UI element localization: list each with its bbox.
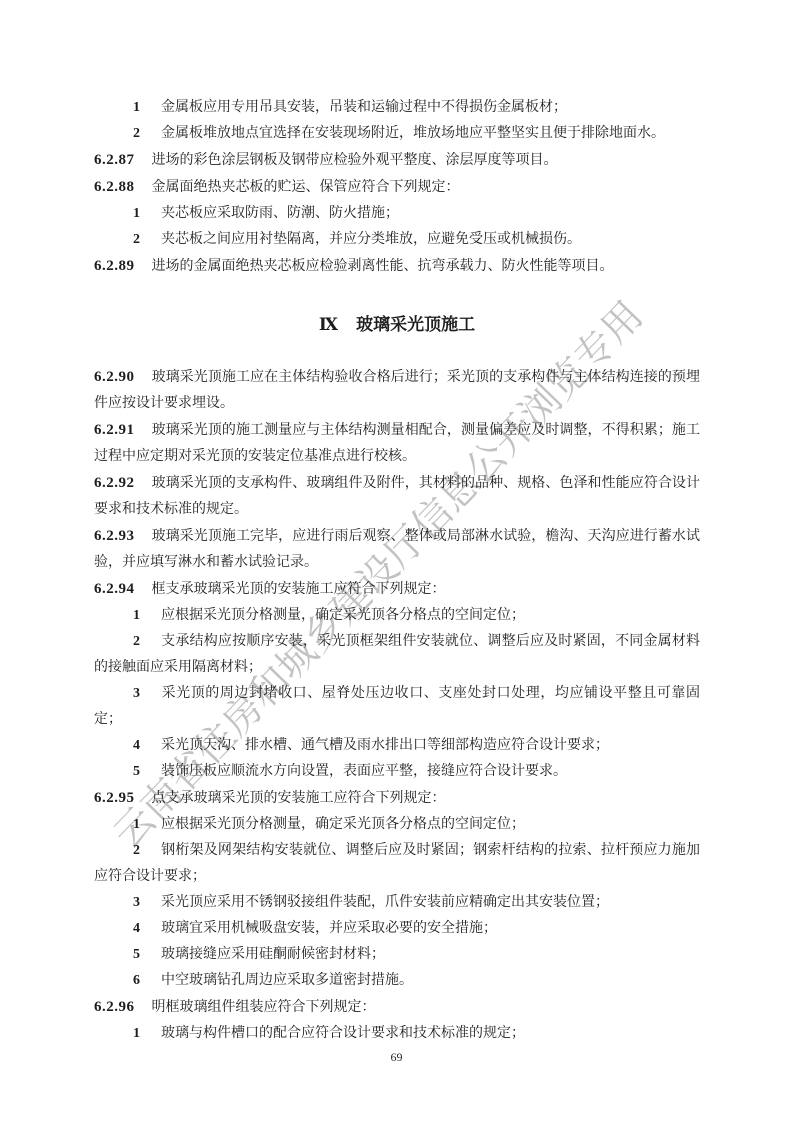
clause-paragraph: 6.2.94框支承玻璃采光顶的安装施工应符合下列规定： xyxy=(94,576,700,603)
document-page: 云南省住房和城乡建设厅信息公开浏览专用 1金属板应用专用吊具安装，吊装和运输过程… xyxy=(0,0,793,1122)
block-text: 钢桁架及网架结构安装就位、调整后应及时紧固；钢索杆结构的拉索、拉杆预应力施加应符… xyxy=(94,843,700,884)
block-number: 3 xyxy=(133,895,140,910)
block-number: 1 xyxy=(133,1026,140,1041)
block-text: 玻璃采光顶施工 xyxy=(356,315,475,334)
block-number: 5 xyxy=(133,947,140,962)
clause-paragraph: 6.2.92玻璃采光顶的支承构件、玻璃组件及附件，其材料的品种、规格、色泽和性能… xyxy=(94,470,700,523)
clause-paragraph: 6.2.93玻璃采光顶施工完毕，应进行雨后观察、整体或局部淋水试验，檐沟、天沟应… xyxy=(94,523,700,576)
block-number: 4 xyxy=(133,921,140,936)
page-footer: 69 xyxy=(0,1050,793,1065)
item-paragraph: 1玻璃与构件槽口的配合应符合设计要求和技术标准的规定； xyxy=(94,1021,700,1047)
clause-paragraph: 6.2.95点支承玻璃采光顶的安装施工应符合下列规定： xyxy=(94,785,700,812)
block-number: 5 xyxy=(133,764,140,779)
block-text: 中空玻璃钻孔周边应采取多道密封措施。 xyxy=(161,973,413,988)
item-paragraph: 2金属板堆放地点宜选择在安装现场附近，堆放场地应平整坚实且便于排除地面水。 xyxy=(94,121,700,147)
item-paragraph: 4玻璃宜采用机械吸盘安装，并应采取必要的安全措施； xyxy=(94,916,700,942)
block-number: 1 xyxy=(133,206,140,221)
item-paragraph: 2夹芯板之间应用衬垫隔离，并应分类堆放，应避免受压或机械损伤。 xyxy=(94,227,700,253)
block-number: 6.2.91 xyxy=(94,422,135,438)
block-number: 1 xyxy=(133,100,140,115)
block-text: 夹芯板之间应用衬垫隔离，并应分类堆放，应避免受压或机械损伤。 xyxy=(161,232,581,247)
block-text: 玻璃采光顶施工应在主体结构验收合格后进行；采光顶的支承构件与主体结构连接的预埋件… xyxy=(94,370,700,411)
block-text: 玻璃接缝应采用硅酮耐候密封材料； xyxy=(161,947,385,962)
item-paragraph: 3采光顶应采用不锈钢驳接组件装配，爪件安装前应精确定出其安装位置； xyxy=(94,890,700,916)
block-number: 1 xyxy=(133,817,140,832)
item-paragraph: 4采光顶天沟、排水槽、通气槽及雨水排出口等细部构造应符合设计要求； xyxy=(94,733,700,759)
block-number: 2 xyxy=(133,232,140,247)
item-paragraph: 1应根据采光顶分格测量，确定采光顶各分格点的空间定位； xyxy=(94,603,700,629)
block-number: 6.2.87 xyxy=(94,152,135,168)
block-text: 应根据采光顶分格测量，确定采光顶各分格点的空间定位； xyxy=(161,817,525,832)
item-paragraph: 3采光顶的周边封堵收口、屋脊处压边收口、支座处封口处理，均应铺设平整且可靠固定； xyxy=(94,681,700,733)
block-text: 金属板堆放地点宜选择在安装现场附近，堆放场地应平整坚实且便于排除地面水。 xyxy=(161,126,665,141)
item-paragraph: 5装饰压板应顺流水方向设置，表面应平整，接缝应符合设计要求。 xyxy=(94,759,700,785)
block-number: 1 xyxy=(133,608,140,623)
block-number: 6.2.89 xyxy=(94,258,135,274)
block-text: 装饰压板应顺流水方向设置，表面应平整，接缝应符合设计要求。 xyxy=(161,764,567,779)
block-text: 采光顶应采用不锈钢驳接组件装配，爪件安装前应精确定出其安装位置； xyxy=(161,895,609,910)
clause-paragraph: 6.2.90玻璃采光顶施工应在主体结构验收合格后进行；采光顶的支承构件与主体结构… xyxy=(94,364,700,417)
item-paragraph: 5玻璃接缝应采用硅酮耐候密封材料； xyxy=(94,942,700,968)
block-text: 金属板应用专用吊具安装，吊装和运输过程中不得损伤金属板材； xyxy=(161,100,567,115)
item-paragraph: 1夹芯板应采取防雨、防潮、防火措施； xyxy=(94,201,700,227)
heading-numeral: Ⅸ xyxy=(319,315,338,334)
item-paragraph: 2支承结构应按顺序安装，采光顶框架组件安装就位、调整后应及时紧固，不同金属材料的… xyxy=(94,629,700,681)
block-text: 进场的彩色涂层钢板及钢带应检验外观平整度、涂层厚度等项目。 xyxy=(152,153,558,168)
block-text: 框支承玻璃采光顶的安装施工应符合下列规定： xyxy=(152,582,446,597)
block-text: 玻璃采光顶的施工测量应与主体结构测量相配合，测量偏差应及时调整，不得积累；施工过… xyxy=(94,423,700,464)
block-text: 应根据采光顶分格测量，确定采光顶各分格点的空间定位； xyxy=(161,608,525,623)
block-number: 6.2.88 xyxy=(94,179,135,195)
clause-paragraph: 6.2.91玻璃采光顶的施工测量应与主体结构测量相配合，测量偏差应及时调整，不得… xyxy=(94,417,700,470)
block-number: 6.2.93 xyxy=(94,528,135,544)
block-number: 6.2.95 xyxy=(94,790,135,806)
block-number: 4 xyxy=(133,738,140,753)
block-text: 玻璃与构件槽口的配合应符合设计要求和技术标准的规定； xyxy=(161,1026,525,1041)
block-text: 点支承玻璃采光顶的安装施工应符合下列规定： xyxy=(152,791,446,806)
document-body: 1金属板应用专用吊具安装，吊装和运输过程中不得损伤金属板材；2金属板堆放地点宜选… xyxy=(94,95,700,1047)
block-text: 玻璃采光顶施工完毕，应进行雨后观察、整体或局部淋水试验，檐沟、天沟应进行蓄水试验… xyxy=(94,529,700,570)
clause-paragraph: 6.2.89进场的金属面绝热夹芯板应检验剥离性能、抗弯承载力、防火性能等项目。 xyxy=(94,253,700,280)
block-text: 明框玻璃组件组装应符合下列规定： xyxy=(152,1000,376,1015)
block-text: 金属面绝热夹芯板的贮运、保管应符合下列规定： xyxy=(152,180,460,195)
block-text: 夹芯板应采取防雨、防潮、防火措施； xyxy=(161,206,399,221)
block-number: 2 xyxy=(133,843,140,858)
page-number: 69 xyxy=(391,1050,403,1064)
block-number: 6.2.92 xyxy=(94,475,135,491)
item-paragraph: 1金属板应用专用吊具安装，吊装和运输过程中不得损伤金属板材； xyxy=(94,95,700,121)
clause-paragraph: 6.2.96明框玻璃组件组装应符合下列规定： xyxy=(94,994,700,1021)
block-number: 2 xyxy=(133,126,140,141)
block-text: 采光顶天沟、排水槽、通气槽及雨水排出口等细部构造应符合设计要求； xyxy=(161,738,609,753)
block-number: 6 xyxy=(133,973,140,988)
item-paragraph: 1应根据采光顶分格测量，确定采光顶各分格点的空间定位； xyxy=(94,812,700,838)
block-text: 采光顶的周边封堵收口、屋脊处压边收口、支座处封口处理，均应铺设平整且可靠固定； xyxy=(94,686,700,727)
block-number: 6.2.90 xyxy=(94,369,135,385)
block-text: 玻璃采光顶的支承构件、玻璃组件及附件，其材料的品种、规格、色泽和性能应符合设计要… xyxy=(94,476,700,517)
block-number: 6.2.94 xyxy=(94,581,135,597)
block-text: 进场的金属面绝热夹芯板应检验剥离性能、抗弯承载力、防火性能等项目。 xyxy=(152,259,614,274)
clause-paragraph: 6.2.87进场的彩色涂层钢板及钢带应检验外观平整度、涂层厚度等项目。 xyxy=(94,147,700,174)
item-paragraph: 6中空玻璃钻孔周边应采取多道密封措施。 xyxy=(94,968,700,994)
block-text: 支承结构应按顺序安装，采光顶框架组件安装就位、调整后应及时紧固，不同金属材料的接… xyxy=(94,634,700,675)
block-text: 玻璃宜采用机械吸盘安装，并应采取必要的安全措施； xyxy=(161,921,497,936)
item-paragraph: 2钢桁架及网架结构安装就位、调整后应及时紧固；钢索杆结构的拉索、拉杆预应力施加应… xyxy=(94,838,700,890)
block-number: 6.2.96 xyxy=(94,999,135,1015)
clause-paragraph: 6.2.88金属面绝热夹芯板的贮运、保管应符合下列规定： xyxy=(94,174,700,201)
block-number: 2 xyxy=(133,634,140,649)
block-number: 3 xyxy=(133,686,140,701)
section-heading: Ⅸ玻璃采光顶施工 xyxy=(94,312,700,338)
